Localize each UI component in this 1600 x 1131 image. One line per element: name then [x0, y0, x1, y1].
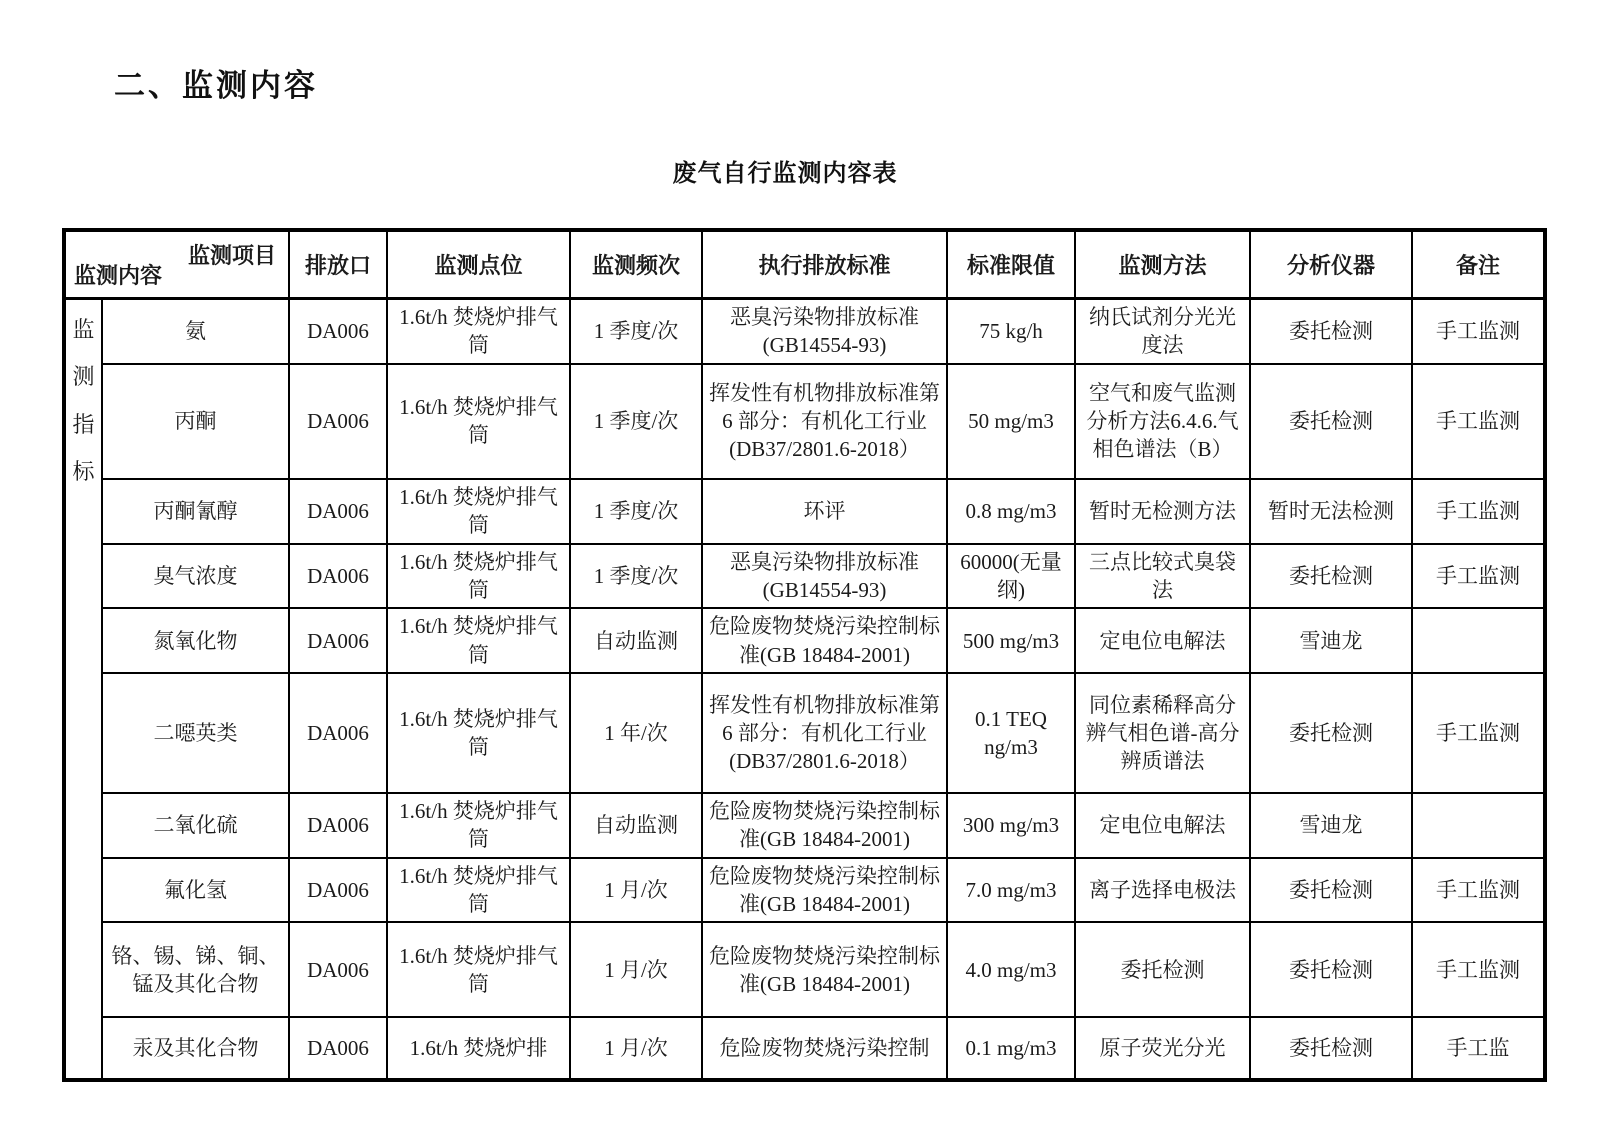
cell-method: 离子选择电极法: [1075, 858, 1250, 923]
cell-item: 铬、锡、锑、铜、锰及其化合物: [102, 922, 289, 1017]
col-header-outlet: 排放口: [289, 230, 387, 299]
cell-point: 1.6t/h 焚烧炉排气筒: [387, 544, 570, 609]
cell-point: 1.6t/h 焚烧炉排气筒: [387, 673, 570, 793]
cell-note: [1412, 793, 1545, 858]
cell-limit: 7.0 mg/m3: [947, 858, 1075, 923]
cell-note: 手工监测: [1412, 479, 1545, 544]
cell-instrument: 委托检测: [1250, 544, 1412, 609]
cell-item: 丙酮氰醇: [102, 479, 289, 544]
cell-note: [1412, 608, 1545, 673]
table-row: 丙酮DA0061.6t/h 焚烧炉排气筒1 季度/次挥发性有机物排放标准第 6 …: [64, 364, 1545, 479]
cell-frequency: 1 年/次: [570, 673, 702, 793]
cell-instrument: 委托检测: [1250, 1017, 1412, 1080]
table-row: 氮氧化物DA0061.6t/h 焚烧炉排气筒自动监测危险废物焚烧污染控制标准(G…: [64, 608, 1545, 673]
cell-standard: 挥发性有机物排放标准第 6 部分：有机化工行业(DB37/2801.6-2018…: [702, 673, 947, 793]
cell-frequency: 1 月/次: [570, 858, 702, 923]
document-page: 二、监测内容 废气自行监测内容表 监测项目 监测内容 排放口 监测点位 监测频次…: [0, 0, 1600, 1131]
cell-limit: 50 mg/m3: [947, 364, 1075, 479]
cell-standard: 恶臭污染物排放标准(GB14554-93): [702, 299, 947, 364]
cell-limit: 75 kg/h: [947, 299, 1075, 364]
table-row: 臭气浓度DA0061.6t/h 焚烧炉排气筒1 季度/次恶臭污染物排放标准(GB…: [64, 544, 1545, 609]
cell-item: 氨: [102, 299, 289, 364]
table-row: 二噁英类DA0061.6t/h 焚烧炉排气筒1 年/次挥发性有机物排放标准第 6…: [64, 673, 1545, 793]
col-header-note: 备注: [1412, 230, 1545, 299]
cell-item: 二噁英类: [102, 673, 289, 793]
cell-instrument: 委托检测: [1250, 922, 1412, 1017]
corner-header-cell: 监测项目 监测内容: [64, 230, 289, 299]
cell-standard: 环评: [702, 479, 947, 544]
cell-outlet: DA006: [289, 364, 387, 479]
col-header-standard: 执行排放标准: [702, 230, 947, 299]
cell-item: 丙酮: [102, 364, 289, 479]
cell-limit: 60000(无量纲): [947, 544, 1075, 609]
cell-item: 汞及其化合物: [102, 1017, 289, 1080]
table-row: 汞及其化合物DA0061.6t/h 焚烧炉排1 月/次危险废物焚烧污染控制0.1…: [64, 1017, 1545, 1080]
cell-note: 手工监测: [1412, 673, 1545, 793]
cell-standard: 挥发性有机物排放标准第 6 部分：有机化工行业(DB37/2801.6-2018…: [702, 364, 947, 479]
cell-instrument: 委托检测: [1250, 673, 1412, 793]
cell-outlet: DA006: [289, 673, 387, 793]
cell-note: 手工监测: [1412, 858, 1545, 923]
cell-frequency: 1 月/次: [570, 1017, 702, 1080]
cell-limit: 4.0 mg/m3: [947, 922, 1075, 1017]
col-header-frequency: 监测频次: [570, 230, 702, 299]
cell-frequency: 1 季度/次: [570, 479, 702, 544]
cell-limit: 500 mg/m3: [947, 608, 1075, 673]
cell-outlet: DA006: [289, 858, 387, 923]
cell-item: 氟化氢: [102, 858, 289, 923]
cell-note: 手工监测: [1412, 544, 1545, 609]
cell-frequency: 1 季度/次: [570, 299, 702, 364]
cell-instrument: 委托检测: [1250, 858, 1412, 923]
cell-standard: 危险废物焚烧污染控制: [702, 1017, 947, 1080]
cell-instrument: 雪迪龙: [1250, 793, 1412, 858]
table-body: 监测指标氨DA0061.6t/h 焚烧炉排气筒1 季度/次恶臭污染物排放标准(G…: [64, 299, 1545, 1081]
col-header-instrument: 分析仪器: [1250, 230, 1412, 299]
cell-item: 二氧化硫: [102, 793, 289, 858]
cell-frequency: 自动监测: [570, 793, 702, 858]
cell-limit: 300 mg/m3: [947, 793, 1075, 858]
col-header-point: 监测点位: [387, 230, 570, 299]
col-header-limit: 标准限值: [947, 230, 1075, 299]
cell-note: 手工监测: [1412, 922, 1545, 1017]
corner-label-item: 监测项目: [188, 239, 276, 270]
cell-point: 1.6t/h 焚烧炉排气筒: [387, 364, 570, 479]
cell-limit: 0.1 mg/m3: [947, 1017, 1075, 1080]
table-row: 监测指标氨DA0061.6t/h 焚烧炉排气筒1 季度/次恶臭污染物排放标准(G…: [64, 299, 1545, 364]
cell-standard: 危险废物焚烧污染控制标准(GB 18484-2001): [702, 793, 947, 858]
cell-method: 定电位电解法: [1075, 793, 1250, 858]
cell-item: 臭气浓度: [102, 544, 289, 609]
cell-note: 手工监测: [1412, 299, 1545, 364]
cell-frequency: 1 季度/次: [570, 544, 702, 609]
cell-outlet: DA006: [289, 608, 387, 673]
cell-instrument: 委托检测: [1250, 299, 1412, 364]
table-row: 二氧化硫DA0061.6t/h 焚烧炉排气筒自动监测危险废物焚烧污染控制标准(G…: [64, 793, 1545, 858]
cell-point: 1.6t/h 焚烧炉排气筒: [387, 793, 570, 858]
cell-outlet: DA006: [289, 544, 387, 609]
cell-method: 暂时无检测方法: [1075, 479, 1250, 544]
row-group-label: 监测指标: [64, 299, 102, 1081]
cell-point: 1.6t/h 焚烧炉排气筒: [387, 608, 570, 673]
cell-method: 同位素稀释高分辨气相色谱-高分辨质谱法: [1075, 673, 1250, 793]
corner-label-content: 监测内容: [74, 259, 162, 290]
cell-standard: 危险废物焚烧污染控制标准(GB 18484-2001): [702, 858, 947, 923]
cell-point: 1.6t/h 焚烧炉排气筒: [387, 479, 570, 544]
cell-frequency: 自动监测: [570, 608, 702, 673]
monitoring-table: 监测项目 监测内容 排放口 监测点位 监测频次 执行排放标准 标准限值 监测方法…: [62, 228, 1547, 1082]
cell-method: 纳氏试剂分光光度法: [1075, 299, 1250, 364]
cell-standard: 危险废物焚烧污染控制标准(GB 18484-2001): [702, 922, 947, 1017]
cell-outlet: DA006: [289, 793, 387, 858]
cell-instrument: 雪迪龙: [1250, 608, 1412, 673]
cell-method: 定电位电解法: [1075, 608, 1250, 673]
cell-standard: 恶臭污染物排放标准(GB14554-93): [702, 544, 947, 609]
cell-note: 手工监: [1412, 1017, 1545, 1080]
cell-outlet: DA006: [289, 479, 387, 544]
section-heading: 二、监测内容: [114, 60, 318, 105]
cell-method: 委托检测: [1075, 922, 1250, 1017]
cell-limit: 0.8 mg/m3: [947, 479, 1075, 544]
cell-point: 1.6t/h 焚烧炉排气筒: [387, 922, 570, 1017]
cell-point: 1.6t/h 焚烧炉排气筒: [387, 299, 570, 364]
cell-note: 手工监测: [1412, 364, 1545, 479]
table-row: 铬、锡、锑、铜、锰及其化合物DA0061.6t/h 焚烧炉排气筒1 月/次危险废…: [64, 922, 1545, 1017]
header-row: 监测项目 监测内容 排放口 监测点位 监测频次 执行排放标准 标准限值 监测方法…: [64, 230, 1545, 299]
cell-outlet: DA006: [289, 299, 387, 364]
cell-item: 氮氧化物: [102, 608, 289, 673]
cell-method: 空气和废气监测分析方法6.4.6.气相色谱法（B）: [1075, 364, 1250, 479]
table-row: 丙酮氰醇DA0061.6t/h 焚烧炉排气筒1 季度/次环评0.8 mg/m3暂…: [64, 479, 1545, 544]
cell-instrument: 暂时无法检测: [1250, 479, 1412, 544]
col-header-method: 监测方法: [1075, 230, 1250, 299]
table-row: 氟化氢DA0061.6t/h 焚烧炉排气筒1 月/次危险废物焚烧污染控制标准(G…: [64, 858, 1545, 923]
cell-frequency: 1 季度/次: [570, 364, 702, 479]
cell-method: 原子荧光分光: [1075, 1017, 1250, 1080]
cell-instrument: 委托检测: [1250, 364, 1412, 479]
cell-method: 三点比较式臭袋法: [1075, 544, 1250, 609]
cell-outlet: DA006: [289, 922, 387, 1017]
cell-limit: 0.1 TEQ ng/m3: [947, 673, 1075, 793]
cell-standard: 危险废物焚烧污染控制标准(GB 18484-2001): [702, 608, 947, 673]
cell-point: 1.6t/h 焚烧炉排: [387, 1017, 570, 1080]
cell-point: 1.6t/h 焚烧炉排气筒: [387, 858, 570, 923]
table-caption: 废气自行监测内容表: [0, 153, 1570, 188]
cell-outlet: DA006: [289, 1017, 387, 1080]
cell-frequency: 1 月/次: [570, 922, 702, 1017]
